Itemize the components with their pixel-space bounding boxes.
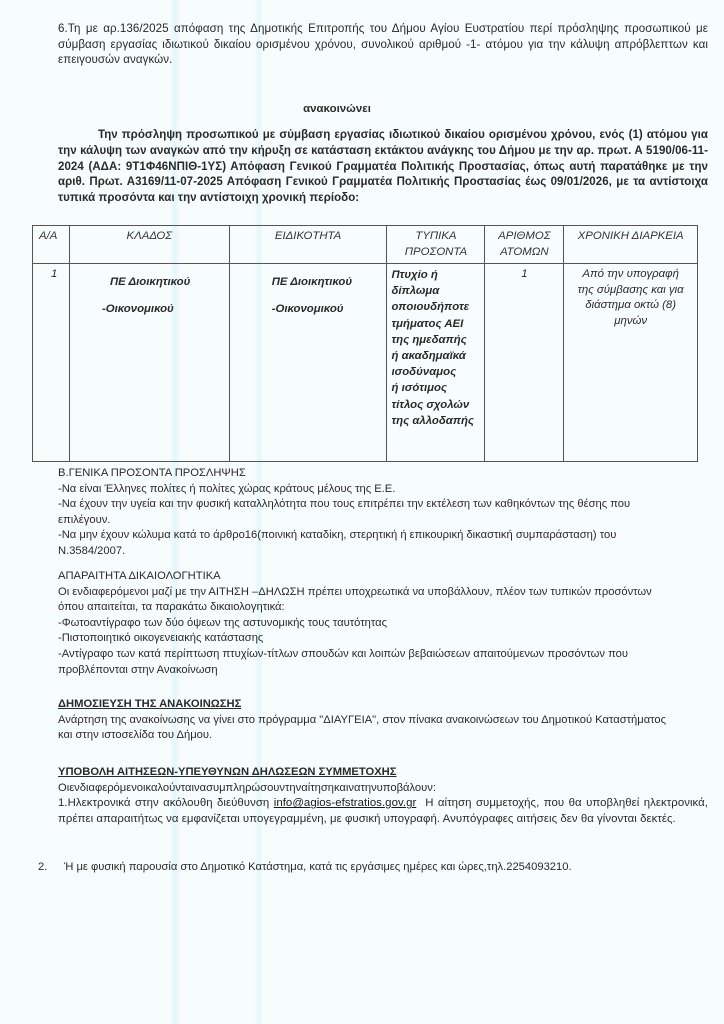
announces-heading: ανακοινώνει <box>0 102 724 118</box>
typika-line: ισοδύναμος <box>391 364 480 380</box>
typika-line: της ημεδαπής <box>391 332 480 348</box>
submission-intro: Οιενδιαφερόμενοικαλούνταινασυμπληρώσουντ… <box>58 781 708 797</box>
header-arithmos-line2: ΑΤΟΜΩΝ <box>489 245 559 261</box>
document-item: -Πιστοποιητικό οικογενειακής κατάστασης <box>58 631 678 647</box>
item2-number: 2. <box>38 860 64 876</box>
header-aa: Α/Α <box>33 226 70 264</box>
header-xroniki: ΧΡΟΝΙΚΗ ΔΙΑΡΚΕΙΑ <box>564 226 698 264</box>
typika-line: οποιουδήποτε <box>391 299 480 315</box>
xroniki-line: Από την υπογραφή <box>568 267 693 283</box>
submission-item-1: 1.Ηλεκτρονικά στην ακόλουθη διεύθυνση in… <box>58 796 708 827</box>
cell-xroniki: Από την υπογραφή της σύμβασης και για δι… <box>564 264 698 462</box>
positions-table: Α/Α ΚΛΑΔΟΣ ΕΙΔΙΚΟΤΗΤΑ ΤΥΠΙΚΑ ΠΡΟΣΟΝΤΑ ΑΡ… <box>32 225 698 462</box>
xroniki-line: διάστημα οκτώ (8) <box>568 298 693 314</box>
header-arithmos: ΑΡΙΘΜΟΣ ΑΤΟΜΩΝ <box>485 226 564 264</box>
item2-text: Ή με φυσική παρουσία στο Δημοτικό Κατάστ… <box>64 861 572 873</box>
typika-line: ή ακαδημαϊκά <box>391 348 480 364</box>
qualification-item: -Να είναι Έλληνες πολίτες ή πολίτες χώρα… <box>58 482 678 498</box>
general-qualifications-section: Β.ΓΕΝΙΚΑ ΠΡΟΣΟΝΤΑ ΠΡΟΣΛΗΨΗΣ -Να είναι Έλ… <box>58 466 678 560</box>
typika-line: δίπλωμα <box>391 283 480 299</box>
typika-line: Πτυχίο ή <box>391 267 480 283</box>
document-item: -Αντίγραφο των κατά περίπτωση πτυχίων-τί… <box>58 647 678 678</box>
table-row: 1 ΠΕ Διοικητικού -Οικονομικού ΠΕ Διοικητ… <box>33 264 698 462</box>
table-header-row: Α/Α ΚΛΑΔΟΣ ΕΙΔΙΚΟΤΗΤΑ ΤΥΠΙΚΑ ΠΡΟΣΟΝΤΑ ΑΡ… <box>33 226 698 264</box>
cell-typika: Πτυχίο ή δίπλωμα οποιουδήποτε τμήματος Α… <box>387 264 485 462</box>
main-paragraph: Την πρόσληψη προσωπικού με σύμβαση εργασ… <box>58 128 708 207</box>
documents-intro: Οι ενδιαφερόμενοι μαζί με την ΑΙΤΗΣΗ –ΔΗ… <box>58 585 678 616</box>
documents-title: ΑΠΑΡΑΙΤΗΤΑ ΔΙΚΑΙΟΛΟΓΗΤΙΚΑ <box>58 569 678 585</box>
qualification-item: -Να έχουν την υγεία και την φυσική καταλ… <box>58 497 678 528</box>
header-eidikotita: ΕΙΔΙΚΟΤΗΤΑ <box>229 226 387 264</box>
submission-title: ΥΠΟΒΟΛΗ ΑΙΤΗΣΕΩΝ-ΥΠΕΥΘΥΝΩΝ ΔΗΛΩΣΕΩΝ ΣΥΜΜ… <box>58 765 708 781</box>
publication-title: ΔΗΜΟΣΙΕΥΣΗ ΤΗΣ ΑΝΑΚΟΙΝΩΣΗΣ <box>58 697 678 713</box>
general-qualifications-title: Β.ΓΕΝΙΚΑ ΠΡΟΣΟΝΤΑ ΠΡΟΣΛΗΨΗΣ <box>58 466 678 482</box>
klados-line2: -Οικονομικού <box>74 302 225 318</box>
typika-line: ή ισότιμος <box>391 380 480 396</box>
document-item: -Φωτοαντίγραφο των δύο όψεων της αστυνομ… <box>58 616 678 632</box>
eidikotita-line1: ΠΕ Διοικητικού <box>234 275 383 291</box>
publication-text: Ανάρτηση της ανακοίνωσης να γίνει στο πρ… <box>58 713 678 744</box>
typika-line: της αλλοδαπής <box>391 413 480 429</box>
announces-text: ανακοινώνει <box>303 103 371 115</box>
submission-section: ΥΠΟΒΟΛΗ ΑΙΤΗΣΕΩΝ-ΥΠΕΥΘΥΝΩΝ ΔΗΛΩΣΕΩΝ ΣΥΜΜ… <box>58 765 708 827</box>
item1-prefix: 1.Ηλεκτρονικά στην ακόλουθη διεύθυνση <box>58 797 269 809</box>
cell-aa: 1 <box>33 264 70 462</box>
klados-line1: ΠΕ Διοικητικού <box>74 275 225 291</box>
cell-eidikotita: ΠΕ Διοικητικού -Οικονομικού <box>229 264 387 462</box>
cell-arithmos: 1 <box>485 264 564 462</box>
scanned-document-page: 6.Τη με αρ.136/2025 απόφαση της Δημοτική… <box>0 0 724 1024</box>
qualification-item: -Να μην έχουν κώλυμα κατά το άρθρο16(ποι… <box>58 528 678 559</box>
email-link[interactable]: info@agios-efstratios.gov.gr <box>274 797 417 809</box>
cell-klados: ΠΕ Διοικητικού -Οικονομικού <box>69 264 229 462</box>
xroniki-line: της σύμβασης και για <box>568 283 693 299</box>
header-typika-line1: ΤΥΠΙΚΑ <box>391 229 480 245</box>
submission-item-2: 2.Ή με φυσική παρουσία στο Δημοτικό Κατά… <box>38 860 708 876</box>
header-typika: ΤΥΠΙΚΑ ΠΡΟΣΟΝΤΑ <box>387 226 485 264</box>
eidikotita-line2: -Οικονομικού <box>234 302 383 318</box>
publication-section: ΔΗΜΟΣΙΕΥΣΗ ΤΗΣ ΑΝΑΚΟΙΝΩΣΗΣ Ανάρτηση της … <box>58 697 678 744</box>
typika-line: τμήματος ΑΕΙ <box>391 316 480 332</box>
header-arithmos-line1: ΑΡΙΘΜΟΣ <box>489 229 559 245</box>
documents-section: ΑΠΑΡΑΙΤΗΤΑ ΔΙΚΑΙΟΛΟΓΗΤΙΚΑ Οι ενδιαφερόμε… <box>58 569 678 678</box>
header-klados: ΚΛΑΔΟΣ <box>69 226 229 264</box>
typika-line: τίτλος σχολών <box>391 397 480 413</box>
xroniki-line: μηνών <box>568 314 693 330</box>
header-typika-line2: ΠΡΟΣΟΝΤΑ <box>391 245 480 261</box>
intro-paragraph: 6.Τη με αρ.136/2025 απόφαση της Δημοτική… <box>58 21 708 68</box>
